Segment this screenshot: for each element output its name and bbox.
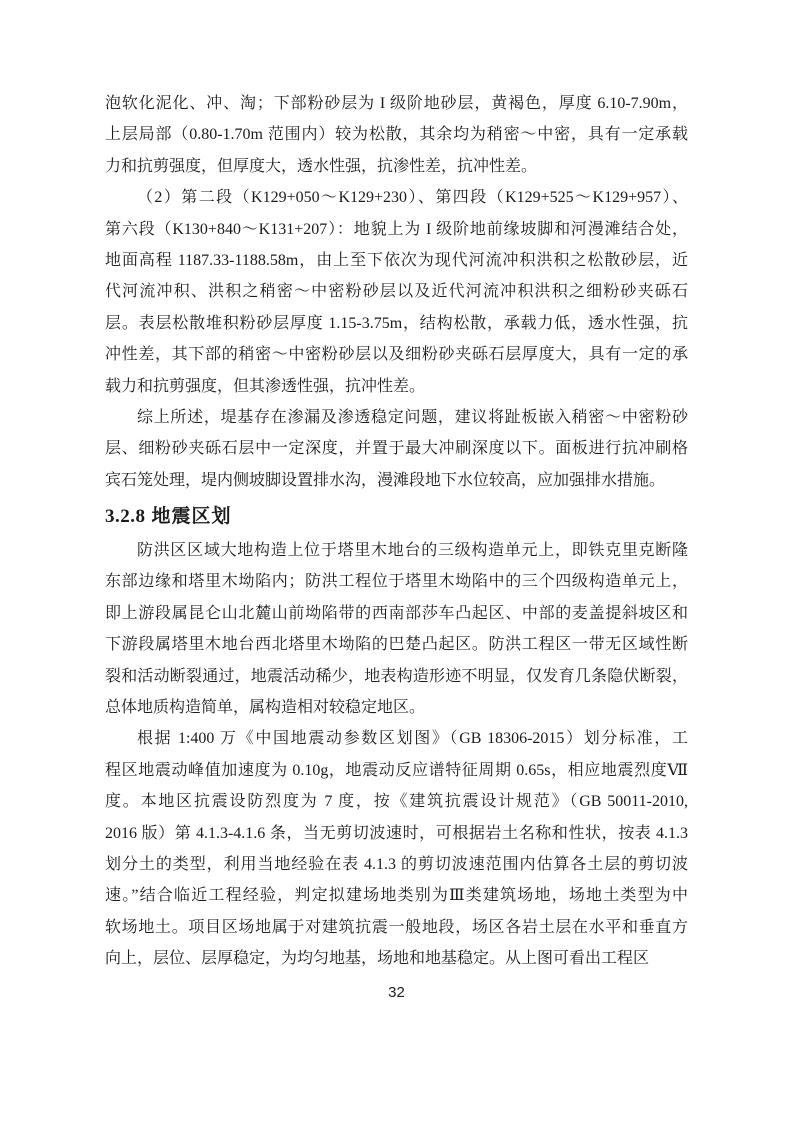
paragraph: 防洪区区域大地构造上位于塔里木地台的三级构造单元上，即铁克里克断隆东部边缘和塔里… [105,535,688,723]
text-line: 层。表层松散堆积粉砂层厚度 1.15-3.75m，结构松散，承载力低，透水性强，… [105,308,688,339]
text-line: 力和抗剪强度，但厚度大，透水性强，抗渗性差，抗冲性差。 [105,151,688,182]
text-line: 2016 版）第 4.1.3-4.1.6 条，当无剪切波速时，可根据岩土名称和性… [105,818,688,849]
page-number: 32 [0,984,793,1001]
text-line: 总体地质构造简单，属构造相对较稳定地区。 [105,692,688,723]
text-line: 泡软化泥化、冲、淘；下部粉砂层为 I 级阶地砂层，黄褐色，厚度 6.10-7.9… [105,88,688,119]
text-line: 即上游段属昆仑山北麓山前坳陷带的西南部莎车凸起区、中部的麦盖提斜坡区和 [105,598,688,629]
text-line: 上层局部（0.80-1.70m 范围内）较为松散，其余均为稍密～中密，具有一定承… [105,119,688,150]
document-page: 泡软化泥化、冲、淘；下部粉砂层为 I 级阶地砂层，黄褐色，厚度 6.10-7.9… [0,0,793,1122]
text-line: 划分土的类型，利用当地经验在表 4.1.3 的剪切波速范围内估算各土层的剪切波 [105,849,688,880]
document-content: 泡软化泥化、冲、淘；下部粉砂层为 I 级阶地砂层，黄褐色，厚度 6.10-7.9… [105,88,688,975]
section-heading: 3.2.8地震区划 [105,501,688,532]
text-line: 防洪区区域大地构造上位于塔里木地台的三级构造单元上，即铁克里克断隆 [105,535,688,566]
paragraph: （2）第二段（K129+050～K129+230）、第四段（K129+525～K… [105,182,688,402]
text-line: 综上所述，堤基存在渗漏及渗透稳定问题，建议将趾板嵌入稍密～中密粉砂 [105,402,688,433]
text-line: 层、细粉砂夹砾石层中一定深度，并置于最大冲刷深度以下。面板进行抗冲刷格 [105,433,688,464]
text-line: 裂和活动断裂通过，地震活动稀少，地表构造形迹不明显，仅发育几条隐伏断裂， [105,661,688,692]
text-line: 宾石笼处理，堤内侧坡脚设置排水沟，漫滩段地下水位较高，应加强排水措施。 [105,465,688,496]
paragraph: 综上所述，堤基存在渗漏及渗透稳定问题，建议将趾板嵌入稍密～中密粉砂层、细粉砂夹砾… [105,402,688,496]
text-line: 第六段（K130+840～K131+207）：地貌上为 I 级阶地前缘坡脚和河漫… [105,214,688,245]
section-heading-title: 地震区划 [152,506,232,527]
paragraph: 泡软化泥化、冲、淘；下部粉砂层为 I 级阶地砂层，黄褐色，厚度 6.10-7.9… [105,88,688,182]
text-line: 速。”结合临近工程经验，判定拟建场地类别为Ⅲ类建筑场地，场地土类型为中 [105,880,688,911]
text-line: 载力和抗剪强度，但其渗透性强，抗冲性差。 [105,371,688,402]
text-line: 地面高程 1187.33-1188.58m，由上至下依次为现代河流冲积洪积之松散… [105,245,688,276]
text-line: （2）第二段（K129+050～K129+230）、第四段（K129+525～K… [105,182,688,213]
text-line: 度。本地区抗震设防烈度为 7 度，按《建筑抗震设计规范》（GB 50011-20… [105,786,688,817]
text-line: 程区地震动峰值加速度为 0.10g，地震动反应谱特征周期 0.65s，相应地震烈… [105,755,688,786]
section-heading-number: 3.2.8 [105,506,146,527]
text-line: 根据 1:400 万《中国地震动参数区划图》（GB 18306-2015）划分标… [105,723,688,754]
text-line: 东部边缘和塔里木坳陷内；防洪工程位于塔里木坳陷中的三个四级构造单元上， [105,566,688,597]
text-line: 下游段属塔里木地台西北塔里木坳陷的巴楚凸起区。防洪工程区一带无区域性断 [105,629,688,660]
text-line: 软场地土。项目区场地属于对建筑抗震一般地段，场区各岩土层在水平和垂直方 [105,912,688,943]
text-line: 向上，层位、层厚稳定，为均匀地基，场地和地基稳定。从上图可看出工程区 [105,943,688,974]
text-line: 冲性差，其下部的稍密～中密粉砂层以及细粉砂夹砾石层厚度大，具有一定的承 [105,339,688,370]
paragraph: 根据 1:400 万《中国地震动参数区划图》（GB 18306-2015）划分标… [105,723,688,974]
text-line: 代河流冲积、洪积之稍密～中密粉砂层以及近代河流冲积洪积之细粉砂夹砾石 [105,276,688,307]
